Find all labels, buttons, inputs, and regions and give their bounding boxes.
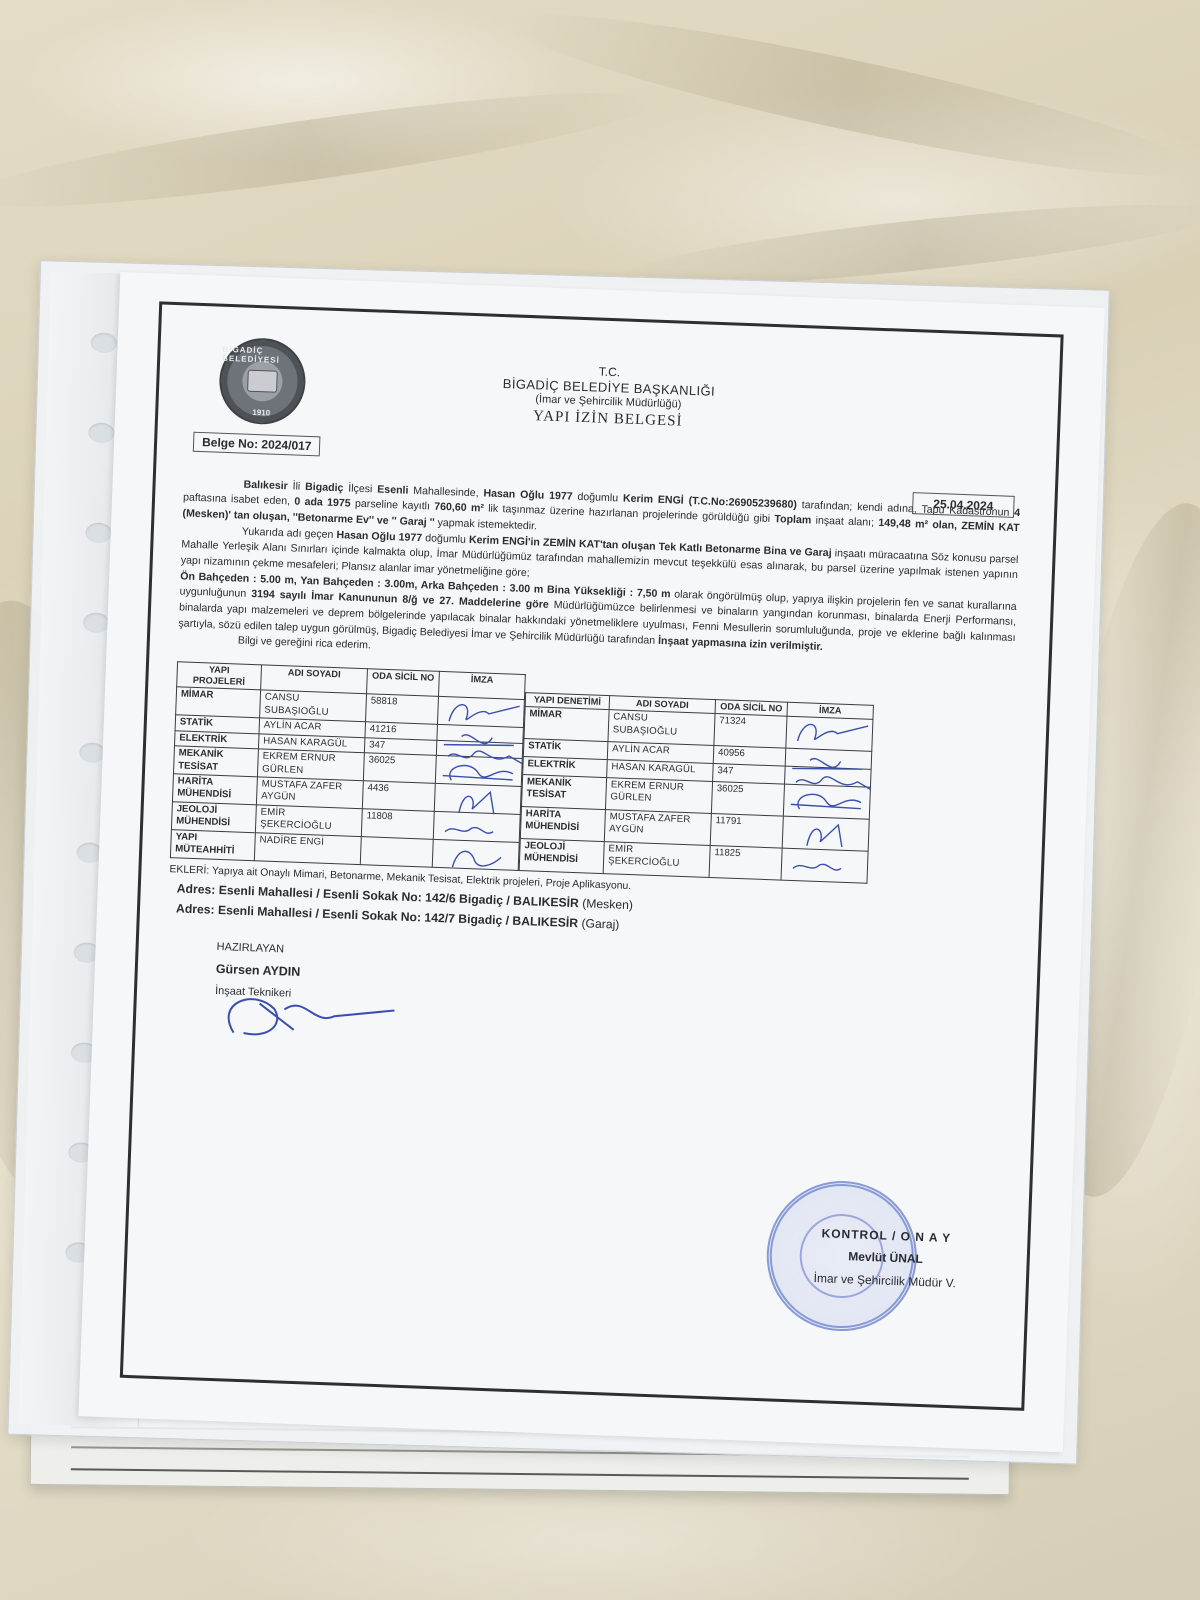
col-header: ODA SİCİL NO (367, 669, 440, 697)
cell-sicil: 11825 (709, 845, 782, 880)
punch-hole (88, 422, 115, 443)
address-tag: (Garaj) (581, 916, 619, 931)
cell-signature (433, 811, 520, 842)
cell-name: NADİRE ENGİ (254, 833, 361, 865)
cell-sicil: 58818 (366, 694, 439, 725)
cell-role: JEOLOJİ MÜHENDİSİ (171, 802, 256, 833)
signature-tables: YAPI PROJELERİ ADI SOYADI ODA SİCİL NO İ… (170, 661, 1020, 888)
cell-sicil: 4436 (362, 781, 435, 812)
signature-icon (789, 819, 870, 850)
cell-signature (786, 716, 873, 751)
signature-icon (788, 851, 869, 882)
cell-name: EKREM ERNUR GÜRLEN (257, 749, 364, 781)
prepared-by-block: HAZIRLAYAN Gürsen AYDIN İnşaat Teknikeri (213, 937, 1010, 1079)
cell-name: MUSTAFA ZAFER AYGÜN (256, 777, 363, 809)
cell-name: CANSU SUBAŞIOĞLU (260, 690, 367, 722)
cell-role: HARİTA MÜHENDİSİ (520, 806, 605, 841)
cell-sicil: 36025 (711, 781, 784, 816)
punch-hole (83, 612, 110, 633)
cell-signature (434, 783, 521, 814)
punch-hole (91, 333, 118, 354)
col-header: İMZA (438, 672, 525, 700)
address-tag: (Mesken) (582, 896, 633, 912)
col-header: ADI SOYADI (261, 665, 368, 694)
cell-role: MEKANİK TESİSAT (173, 746, 258, 777)
cell-role: MİMAR (176, 687, 261, 718)
cell-signature (437, 697, 524, 728)
cell-role: YAPI MÜTEAHHİTİ (170, 830, 255, 861)
cell-signature (435, 755, 522, 786)
logo-text: BİGADİÇ BELEDİYESİ (222, 345, 305, 366)
document-header: T.C. BİGADİÇ BELEDİYE BAŞKANLIĞI (İmar v… (186, 350, 1031, 445)
cell-role: MEKANİK TESİSAT (522, 774, 607, 809)
document-date: 25.04.2024 (912, 492, 1015, 518)
cell-sicil: 11791 (710, 813, 783, 848)
projects-table: YAPI PROJELERİ ADI SOYADI ODA SİCİL NO İ… (170, 661, 526, 870)
logo-year: 1910 (252, 408, 270, 418)
sheet-fold (0, 72, 661, 229)
cell-role: JEOLOJİ MÜHENDİSİ (519, 838, 604, 873)
signature-icon (213, 982, 405, 1049)
cell-sicil: 36025 (363, 753, 436, 784)
cell-sicil: 11808 (361, 809, 434, 840)
document-body: Balıkesir İli Bigadiç İlçesi Esenli Maha… (178, 475, 1027, 678)
cell-role: MİMAR (524, 707, 609, 742)
cell-name: MUSTAFA ZAFER AYGÜN (604, 809, 711, 845)
document-border: BİGADİÇ BELEDİYESİ 1910 T.C. BİGADİÇ BEL… (120, 301, 1064, 1410)
cell-sicil (360, 837, 433, 868)
col-header: YAPI PROJELERİ (177, 662, 262, 690)
signature-icon (792, 719, 873, 750)
cell-name: EMİR ŞEKERCİOĞLU (255, 805, 362, 837)
cell-signature (781, 848, 868, 883)
cell-sicil: 71324 (714, 714, 787, 749)
permit-document: BİGADİÇ BELEDİYESİ 1910 T.C. BİGADİÇ BEL… (78, 272, 1104, 1452)
punch-hole (85, 522, 112, 543)
approval-block: KONTROL / O N A Y Mevlüt ÜNAL İmar ve Şe… (813, 1222, 958, 1296)
cell-name: EMİR ŞEKERCİOĞLU (603, 841, 710, 877)
signature-icon (439, 842, 520, 873)
cell-name: EKREM ERNUR GÜRLEN (605, 777, 712, 813)
logo-emblem-icon (247, 370, 278, 393)
cell-signature (783, 784, 870, 819)
cell-name: CANSU SUBAŞIOĞLU (608, 710, 715, 746)
supervision-table: YAPI DENETİMİ ADI SOYADI ODA SİCİL NO İM… (519, 692, 874, 883)
cell-signature (432, 839, 519, 870)
signature-icon (790, 787, 871, 818)
cell-signature (782, 816, 869, 851)
cell-role: HARİTA MÜHENDİSİ (172, 774, 257, 805)
document-number: Belge No: 2024/017 (193, 431, 321, 456)
